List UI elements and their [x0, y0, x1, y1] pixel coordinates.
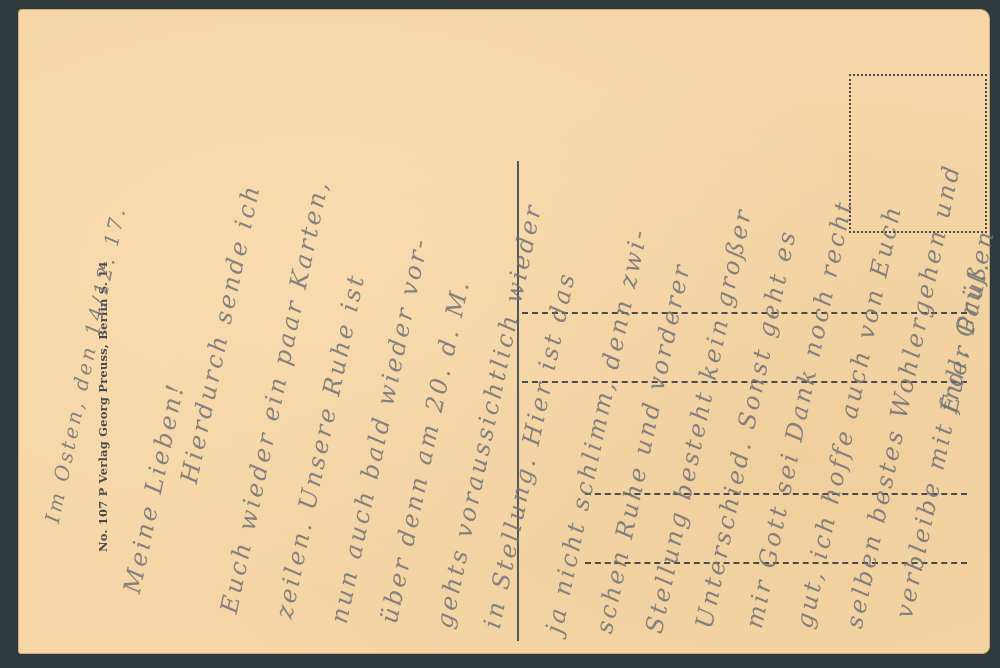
stamp-box — [849, 74, 987, 233]
address-line-1 — [522, 312, 967, 314]
